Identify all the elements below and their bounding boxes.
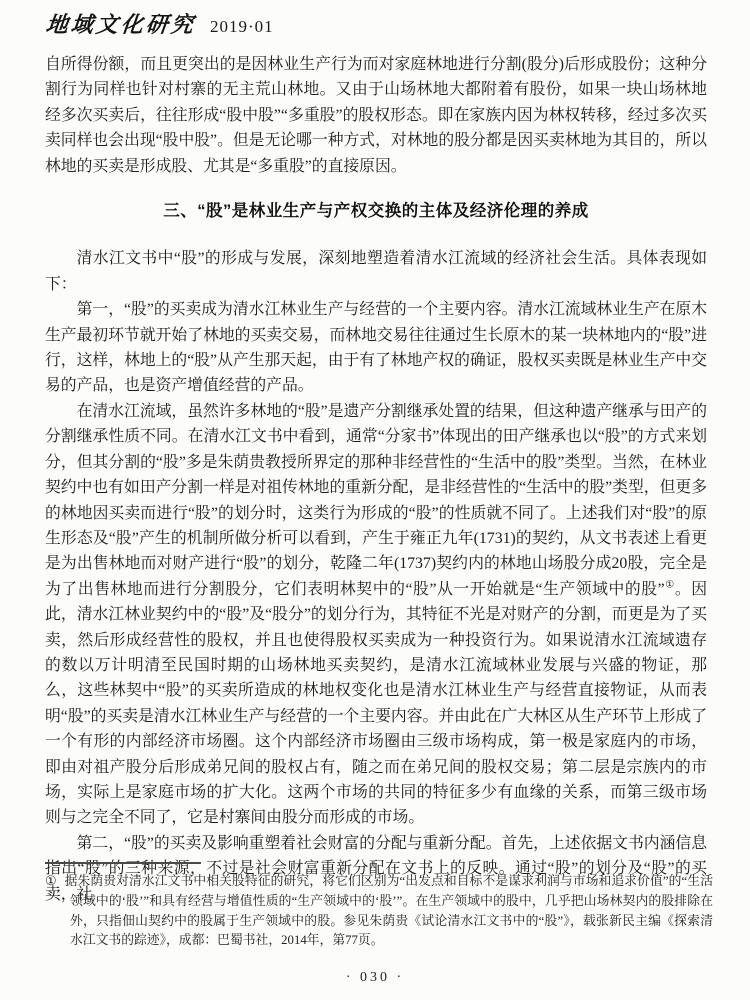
footnote-marker: ①	[45, 874, 65, 888]
journal-issue: 2019·01	[210, 17, 274, 37]
footnote-area: ①据朱荫贵对清水江文书中相关股特征的研究，将它们区别为“出发点和目标不是谋求利润…	[45, 862, 713, 951]
document-page: 地域文化研究 2019·01 自所得份额，而且更突出的是因林业生产行为而对家庭林…	[0, 0, 750, 1000]
paragraph-analysis: 在清水江流域，虽然许多林地的“股”是遗产分割继承处置的结果，但这种遗产继承与田产…	[45, 399, 707, 831]
journal-header: 地域文化研究 2019·01	[46, 8, 274, 39]
paragraph-analysis-text: 在清水江流域，虽然许多林地的“股”是遗产分割继承处置的结果，但这种遗产继承与田产…	[45, 403, 707, 598]
journal-title-calligraphy: 地域文化研究	[44, 8, 197, 39]
paragraph-intro: 清水江文书中“股”的形成与发展，深刻地塑造着清水江流域的经济社会生活。具体表现如…	[45, 246, 707, 297]
footnote-reference-mark: ①	[665, 579, 675, 590]
paragraph-continuation: 自所得份额，而且更突出的是因林业生产行为而对家庭林地进行分割(股分)后形成股份；…	[45, 52, 707, 179]
footnote: ①据朱荫贵对清水江文书中相关股特征的研究，将它们区别为“出发点和目标不是谋求利润…	[45, 872, 713, 951]
page-number: · 030 ·	[0, 970, 750, 986]
footnote-text: 据朱荫贵对清水江文书中相关股特征的研究，将它们区别为“出发点和目标不是谋求利润与…	[65, 874, 713, 947]
article-body: 自所得份额，而且更突出的是因林业生产行为而对家庭林地进行分割(股分)后形成股份；…	[45, 52, 707, 907]
paragraph-first-point: 第一，“股”的买卖成为清水江林业生产与经营的一个主要内容。清水江流域林业生产在原…	[45, 297, 707, 399]
footnote-separator	[45, 862, 201, 864]
paragraph-analysis-text-after: 。因此，清水江林业契约中的“股”及“股分”的划分行为，其特征不光是对财产的分割，…	[45, 581, 707, 827]
section-heading: 三、“股”是林业生产与产权交换的主体及经济伦理的养成	[45, 199, 707, 224]
